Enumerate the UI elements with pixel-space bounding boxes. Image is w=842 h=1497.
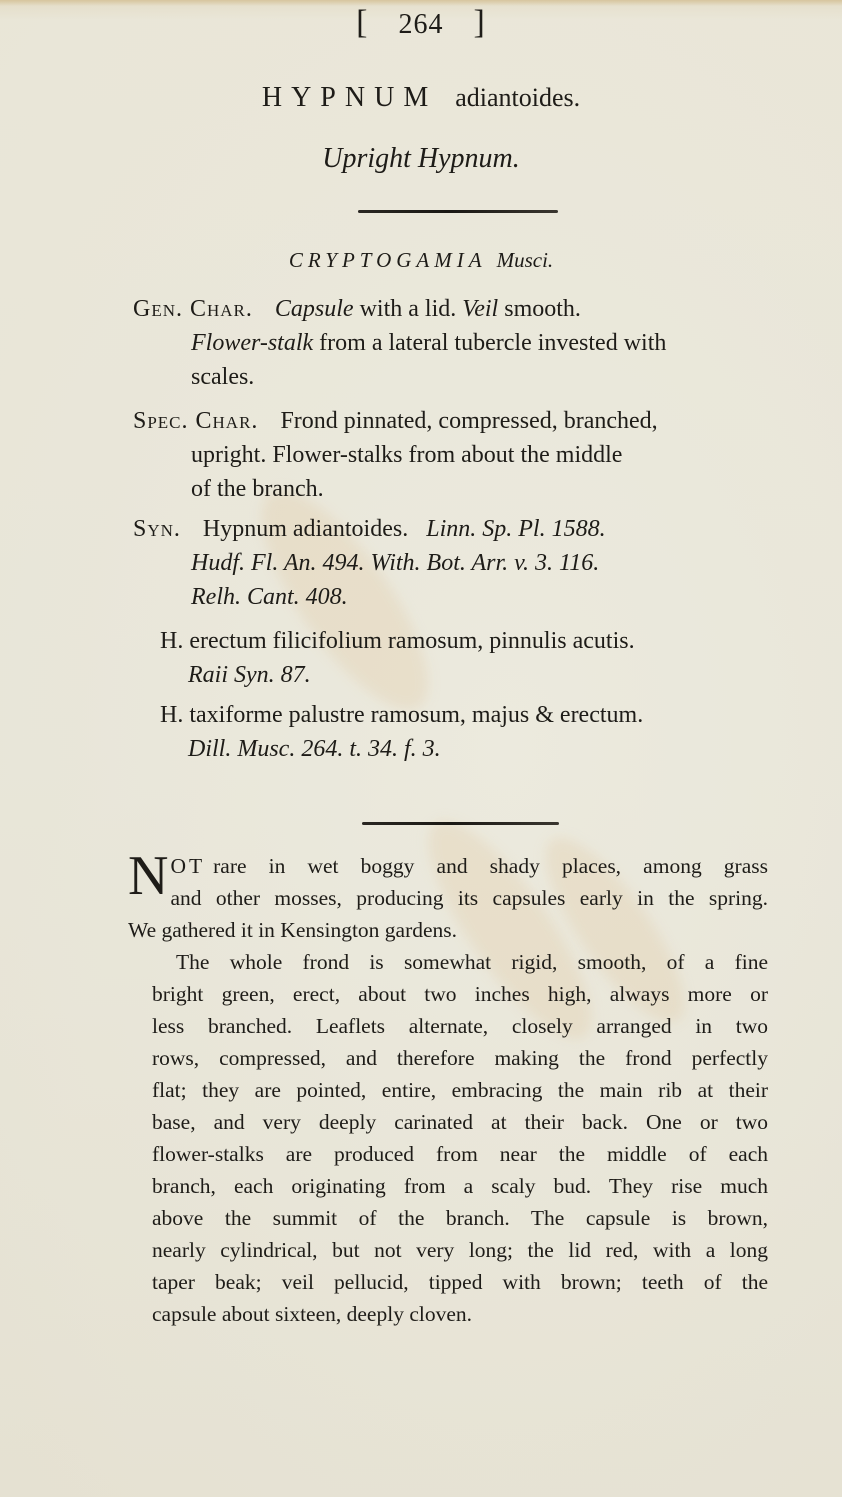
generic-character-label: Gen. Char. (133, 296, 253, 322)
text-line: branch, each originating from a scaly bu… (128, 1170, 768, 1202)
genus-name: HYPNUM (262, 82, 437, 113)
paragraph-morphology: The whole frond is somewhat rigid, smoot… (128, 946, 768, 1330)
section-divider (362, 822, 559, 825)
text-line: rare in wet boggy and shady places, amon… (213, 854, 768, 878)
text-line: less branched. Leaflets alternate, close… (128, 1010, 768, 1042)
drop-cap: N (128, 856, 168, 896)
text-line: base, and very deeply carinated at their… (128, 1106, 768, 1138)
close-bracket: ] (474, 4, 486, 41)
text-segment: with a lid. (354, 296, 463, 322)
book-page: [264] HYPNUMadiantoides. Upright Hypnum.… (0, 0, 842, 1497)
page-number-value: 264 (399, 9, 444, 40)
term-capsule: Capsule (275, 296, 354, 322)
text-line: of the branch. (133, 472, 783, 506)
synonym-entry: Syn.Hypnum adiantoides. Linn. Sp. Pl. 15… (133, 512, 783, 614)
text-line: rows, compressed, and therefore making t… (128, 1042, 768, 1074)
classification: CRYPTOGAMIAMusci. (0, 248, 842, 273)
text-segment: scales. (133, 360, 783, 394)
synonym-reference: Hudf. Fl. An. 494. With. Bot. Arr. v. 3.… (133, 546, 783, 580)
first-word: OT (170, 854, 205, 878)
text-line: and other mosses, producing its capsules… (128, 882, 768, 914)
synonyms-label: Syn. (133, 516, 181, 542)
text-line: flat; they are pointed, entire, embracin… (128, 1074, 768, 1106)
paragraph-habitat: N OTrare in wet boggy and shady places, … (128, 850, 768, 946)
species-title: HYPNUMadiantoides. (0, 82, 842, 114)
synonym-reference: Relh. Cant. 408. (133, 580, 783, 614)
text-line: The whole frond is somewhat rigid, smoot… (128, 946, 768, 978)
text-line: capsule about sixteen, deeply cloven. (128, 1298, 768, 1330)
text-line: nearly cylindrical, but not very long; t… (128, 1234, 768, 1266)
synonym-name: Hypnum adiantoides. (203, 516, 408, 542)
text-line: above the summit of the branch. The caps… (128, 1202, 768, 1234)
common-name: Upright Hypnum. (0, 143, 842, 175)
text-segment: smooth. (498, 296, 581, 322)
text-line: Frond pinnated, compressed, branched, (280, 408, 657, 434)
synonym-reference: Linn. Sp. Pl. 1588. (426, 516, 605, 542)
text-line: taper beak; veil pellucid, tipped with b… (128, 1266, 768, 1298)
term-veil: Veil (462, 296, 498, 322)
synonym-entry: H. taxiforme palustre ramosum, majus & e… (160, 698, 780, 766)
synonym-reference: Dill. Musc. 264. t. 34. f. 3. (160, 732, 780, 766)
description: N OTrare in wet boggy and shady places, … (128, 850, 768, 1330)
text-line: bright green, erect, about two inches hi… (128, 978, 768, 1010)
term-flower-stalk: Flower-stalk (191, 330, 313, 356)
synonym-entry: H. erectum filicifolium ramosum, pinnuli… (160, 624, 780, 692)
synonym-name: H. taxiforme palustre ramosum, majus & e… (160, 698, 780, 732)
text-line: We gathered it in Kensington gardens. (128, 914, 768, 946)
generic-character: Gen. Char.Capsule with a lid. Veil smoot… (133, 292, 783, 394)
order-name: Musci. (497, 248, 554, 272)
text-segment: from a lateral tubercle invested with (313, 330, 666, 356)
open-bracket: [ (356, 4, 368, 41)
text-line: flower-stalks are produced from near the… (128, 1138, 768, 1170)
synonym-reference: Raii Syn. 87. (160, 658, 780, 692)
page-number: [264] (0, 4, 842, 42)
synonym-name: H. erectum filicifolium ramosum, pinnuli… (160, 624, 780, 658)
section-divider (358, 210, 558, 213)
text-line: upright. Flower-stalks from about the mi… (133, 438, 783, 472)
specific-character: Spec. Char.Frond pinnated, compressed, b… (133, 404, 783, 506)
species-epithet: adiantoides. (455, 83, 580, 112)
specific-character-label: Spec. Char. (133, 408, 258, 434)
class-name: CRYPTOGAMIA (289, 248, 487, 272)
